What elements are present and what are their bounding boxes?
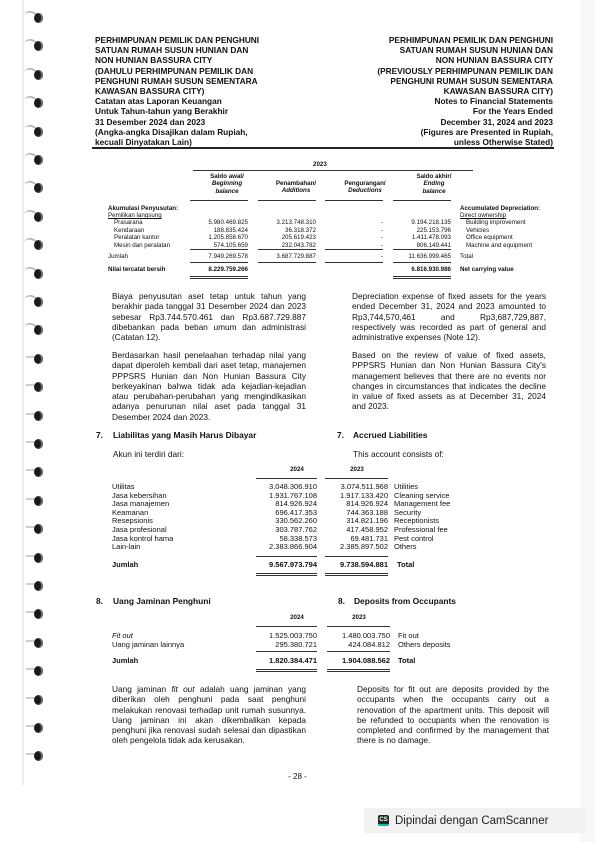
- row-value: 1.205.858.670: [190, 234, 248, 241]
- note8-year-rule: [327, 626, 390, 627]
- row-value-2023: 424.084.812: [321, 640, 390, 649]
- row-label-id: Mesin dan peralatan: [114, 242, 170, 249]
- row-label-en: Office equipment: [466, 234, 513, 241]
- binding-ring-icon: [22, 720, 44, 734]
- header-right-line: unless Otherwise Stated): [300, 137, 553, 147]
- page-number: - 28 -: [0, 772, 595, 781]
- binding-ring-icon: [22, 67, 44, 81]
- note7-title-id: Liabilitas yang Masih Harus Dibayar: [113, 430, 256, 440]
- total-label-en: Total: [460, 253, 473, 260]
- row-value: 36.318.372: [258, 227, 316, 234]
- note8-number-en: 8.: [338, 596, 345, 606]
- header-right-line: PENGHUNI RUMAH SUSUN SEMENTARA: [300, 76, 553, 86]
- note7-subtotal-rule: [325, 556, 388, 557]
- row-value: 5.980.469.825: [190, 219, 248, 226]
- review-paragraph-id: Berdasarkan hasil penelaahan terhadap ni…: [112, 350, 306, 422]
- note8-double-rule: [327, 669, 390, 672]
- deposit-paragraph-id-pre: Uang jaminan: [112, 684, 171, 694]
- table-year: 2023: [313, 161, 327, 168]
- col-additions-id: Penambahan/: [262, 180, 330, 187]
- col-rule: [325, 200, 383, 201]
- row-value-2024: 295.380.721: [250, 640, 317, 649]
- net-double-rule: [393, 276, 451, 279]
- net-double-rule: [190, 276, 248, 279]
- subtotal-rule: [190, 249, 248, 250]
- header-right-line: NON HUNIAN BASSURA CITY: [300, 55, 553, 65]
- binding-ring-icon: [22, 464, 44, 478]
- net-label-en: Net carrying value: [460, 266, 514, 273]
- total-value: 3.687.729.887: [258, 253, 316, 260]
- note7-year-2023: 2023: [337, 466, 377, 473]
- col-beginning-en: Beginning: [193, 180, 261, 187]
- col-additions-en: Additions: [262, 187, 330, 194]
- binding-ring-icon: [22, 436, 44, 450]
- row-value: 205.619.423: [258, 234, 316, 241]
- row-label-id: Uang jaminan lainnya: [112, 640, 184, 649]
- header-left-line: (Angka-angka Disajikan dalam Rupiah,: [95, 127, 335, 137]
- note7-double-rule: [256, 573, 317, 576]
- year-rule: [193, 170, 473, 171]
- header-left-line: (DAHULU PERHIMPUNAN PEMILIK DAN: [95, 66, 335, 76]
- row-label-en: Others deposits: [398, 640, 451, 649]
- header-right-line: PERHIMPUNAN PEMILIK DAN PENGHUNI: [300, 35, 553, 45]
- note8-year-rule: [256, 626, 317, 627]
- note7-intro-id: Akun ini terdiri dari:: [113, 449, 184, 459]
- depreciation-paragraph-id: Biaya penyusutan aset tetap untuk tahun …: [112, 291, 306, 342]
- row-label-id: Peralatan kantor: [114, 234, 159, 241]
- binding-ring-icon: [22, 124, 44, 138]
- binding-ring-icon: [22, 748, 44, 762]
- row-label-en: Machine and equipment: [466, 242, 532, 249]
- net-value: 6.816.930.986: [393, 266, 451, 273]
- row-label-en: Others: [394, 542, 417, 551]
- note7-year-rule: [256, 478, 317, 479]
- binding-ring-icon: [22, 38, 44, 52]
- header-left-line: PERHIMPUNAN PEMILIK DAN PENGHUNI: [95, 35, 335, 45]
- total-value: 7.949.269.578: [190, 253, 248, 260]
- row-value: -: [325, 234, 383, 241]
- net-value: 8.229.759.266: [190, 266, 248, 273]
- header-right-line: December 31, 2024 and 2023: [300, 117, 553, 127]
- total-value: 11.636.999.465: [393, 253, 451, 260]
- total-value-2024: 9.567.973.794: [250, 560, 317, 569]
- col-beginning-en2: balance: [193, 188, 261, 195]
- row-value-2024: 2.383.866.904: [250, 542, 317, 551]
- note7-number-en: 7.: [337, 430, 344, 440]
- depreciation-paragraph-en: Depreciation expense of fixed assets for…: [352, 291, 546, 342]
- header-left-line: 31 Desember 2024 dan 2023: [95, 117, 335, 127]
- col-beginning-id: Saldo awal/: [193, 173, 261, 180]
- row-value-2023: 2.385.897.502: [319, 542, 388, 551]
- camscanner-logo-icon: CS: [378, 815, 389, 826]
- header-left-line: NON HUNIAN BASSURA CITY: [95, 55, 335, 65]
- binding-ring-icon: [22, 209, 44, 223]
- total-rule: [393, 262, 451, 263]
- note8-year-2024: 2024: [277, 614, 317, 621]
- note8-double-rule: [256, 669, 317, 672]
- col-rule: [190, 200, 248, 201]
- note8-title-en: Deposits from Occupants: [354, 596, 456, 606]
- col-ending-id: Saldo akhir/: [400, 173, 468, 180]
- header-indonesian: PERHIMPUNAN PEMILIK DAN PENGHUNISATUAN R…: [95, 35, 335, 147]
- header-right-line: (PREVIOUSLY PERHIMPUNAN PEMILIK DAN: [300, 66, 553, 76]
- total-value-2023: 1.904.088.562: [321, 656, 390, 665]
- header-right-line: KAWASAN BASSURA CITY): [300, 86, 553, 96]
- deposit-paragraph-id-italic: fit out: [171, 684, 194, 694]
- total-label-id: Jumlah: [112, 560, 138, 569]
- row-value: 188.835.424: [190, 227, 248, 234]
- col-rule: [393, 200, 451, 201]
- row-value: -: [325, 227, 383, 234]
- binding-ring-icon: [22, 692, 44, 706]
- note7-intro-en: This account consists of:: [353, 449, 444, 459]
- binding-ring-icon: [22, 351, 44, 365]
- row-value: 9.194.218.135: [393, 219, 451, 226]
- binding-ring-icon: [22, 493, 44, 507]
- header-left-line: PENGHUNI RUMAH SUSUN SEMENTARA: [95, 76, 335, 86]
- col-ending: Saldo akhir/ Ending balance: [400, 173, 468, 195]
- note8-year-2023: 2023: [339, 614, 379, 621]
- binding-ring-icon: [22, 10, 44, 24]
- binding-ring-icon: [22, 635, 44, 649]
- total-value-2024: 1.820.384.471: [250, 656, 317, 665]
- deposit-paragraph-en: Deposits for fit out are deposits provid…: [357, 684, 549, 746]
- col-deductions-en: Deductions: [331, 187, 399, 194]
- binding-ring-icon: [22, 152, 44, 166]
- note8-subtotal-rule: [256, 651, 317, 652]
- total-rule: [258, 262, 316, 263]
- header-right-line: SATUAN RUMAH SUSUN HUNIAN DAN: [300, 45, 553, 55]
- binding-ring-icon: [22, 266, 44, 280]
- subtotal-rule: [325, 249, 383, 250]
- header-right-line: For the Years Ended: [300, 106, 553, 116]
- header-right-line: Notes to Financial Statements: [300, 96, 553, 106]
- binding-ring-icon: [22, 379, 44, 393]
- total-rule: [325, 262, 383, 263]
- col-ending-en: Ending: [400, 180, 468, 187]
- row-label-en: Vehicles: [466, 227, 489, 234]
- binding-ring-icon: [22, 408, 44, 422]
- header-divider: [92, 147, 554, 149]
- total-label-id: Jumlah: [112, 656, 138, 665]
- total-label-en: Total: [398, 656, 415, 665]
- row-label-en: Building improvement: [466, 219, 526, 226]
- note7-number-id: 7.: [96, 430, 103, 440]
- row-value: 225.153.796: [393, 227, 451, 234]
- binding-ring-icon: [22, 606, 44, 620]
- camscanner-watermark: CS Dipindai dengan CamScanner: [364, 808, 586, 833]
- binding-ring-icon: [22, 550, 44, 564]
- subtotal-rule: [393, 249, 451, 250]
- row-label-id: Kendaraan: [114, 227, 144, 234]
- col-deductions-id: Pengurangan/: [331, 180, 399, 187]
- page-right-margin: [580, 0, 595, 842]
- net-label-id: Nilai tercatat bersih: [108, 266, 165, 273]
- row-value: 3.213.748.310: [258, 219, 316, 226]
- binding-ring-icon: [22, 322, 44, 336]
- note7-subtotal-rule: [256, 556, 317, 557]
- row-label-id: Prasarana: [114, 219, 143, 226]
- col-ending-en2: balance: [400, 188, 468, 195]
- review-paragraph-en: Based on the review of value of fixed as…: [352, 350, 546, 412]
- binding-ring-icon: [22, 237, 44, 251]
- total-label-en: Total: [397, 560, 414, 569]
- header-right-line: (Figures are Presented in Rupiah,: [300, 127, 553, 137]
- note7-double-rule: [325, 573, 388, 576]
- binding-ring-icon: [22, 294, 44, 308]
- note8-subtotal-rule: [327, 651, 390, 652]
- note8-title-id: Uang Jaminan Penghuni: [113, 596, 211, 606]
- header-left-line: KAWASAN BASSURA CITY): [95, 86, 335, 96]
- header-left-line: SATUAN RUMAH SUSUN HUNIAN DAN: [95, 45, 335, 55]
- subtotal-rule: [258, 249, 316, 250]
- total-rule: [190, 262, 248, 263]
- note7-year-rule: [325, 478, 388, 479]
- col-rule: [258, 200, 316, 201]
- binding-ring-icon: [22, 521, 44, 535]
- note7-title-en: Accrued Liabilities: [353, 430, 427, 440]
- header-left-line: kecuali Dinyatakan Lain): [95, 137, 335, 147]
- binding-ring-icon: [22, 95, 44, 109]
- binding-ring-icon: [22, 663, 44, 677]
- total-label-id: Jumlah: [108, 253, 128, 260]
- deposit-paragraph-id: Uang jaminan fit out adalah uang jaminan…: [112, 684, 306, 746]
- row-label-id: Lain-lain: [112, 542, 140, 551]
- col-additions: Penambahan/ Additions: [262, 180, 330, 195]
- note7-year-2024: 2024: [277, 466, 317, 473]
- row-value: -: [325, 219, 383, 226]
- binding-ring-icon: [22, 578, 44, 592]
- header-left-line: Untuk Tahun-tahun yang Berakhir: [95, 106, 335, 116]
- camscanner-text: Dipindai dengan CamScanner: [395, 815, 548, 827]
- header-english: PERHIMPUNAN PEMILIK DAN PENGHUNISATUAN R…: [300, 35, 553, 147]
- spiral-binding: [0, 0, 44, 842]
- total-value-2023: 9.738.594.881: [319, 560, 388, 569]
- row-value: 1.411.478.093: [393, 234, 451, 241]
- col-beginning: Saldo awal/ Beginning balance: [193, 173, 261, 195]
- total-value: -: [325, 253, 383, 260]
- binding-ring-icon: [22, 180, 44, 194]
- note8-number-id: 8.: [96, 596, 103, 606]
- header-left-line: Catatan atas Laporan Keuangan: [95, 96, 335, 106]
- col-deductions: Pengurangan/ Deductions: [331, 180, 399, 195]
